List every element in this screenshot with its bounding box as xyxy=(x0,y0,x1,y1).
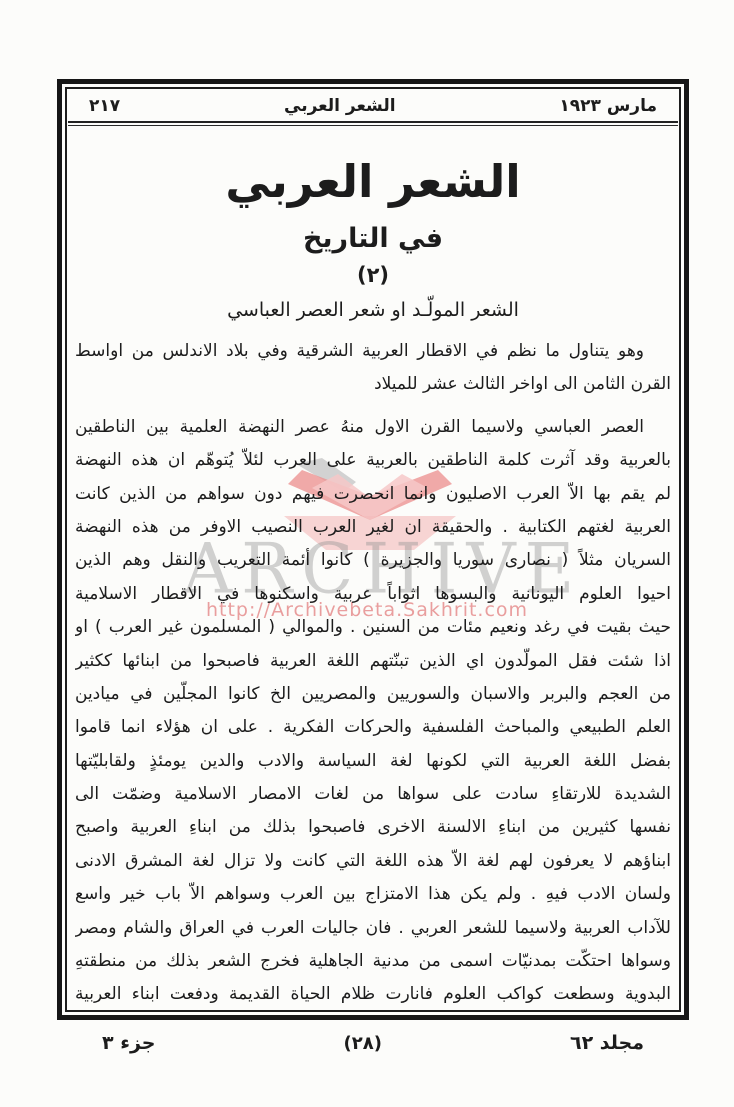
body-line: القرن الثامن الى اواخر الثالث عشر للميلا… xyxy=(75,368,671,401)
body-line: الشديدة للارتقاءِ سادت على سواها من لغات… xyxy=(75,778,671,811)
body-line: السريان مثلاً ( نصارى سوريا والجزيرة ) ك… xyxy=(75,544,671,577)
body-line: العربية لغتهم الكتابية . والحقيقة ان لغي… xyxy=(75,511,671,544)
body-line: للآداب العربية ولاسيما للشعر العربي . فا… xyxy=(75,912,671,945)
footer-volume: مجلد ٦٢ xyxy=(570,1032,644,1054)
paragraph-1: وهو يتناول ما نظم في الاقطار العربية الش… xyxy=(75,335,671,402)
paragraph-2: العصر العباسي ولاسيما القرن الاول منهُ ع… xyxy=(75,411,671,1012)
body-line: وهو يتناول ما نظم في الاقطار العربية الش… xyxy=(75,335,671,368)
article-part-number: (٢) xyxy=(67,261,679,289)
body-line: وسواها احتكّت بمدنيّات اسمى من مدنية الج… xyxy=(75,945,671,978)
page-frame: مارس ١٩٢٣ الشعر العربي ٢١٧ الشعر العربي … xyxy=(57,79,689,1020)
section-heading: الشعر المولّـد او شعر العصر العباسي xyxy=(67,297,679,324)
body-line: بالعربية وقد آثرت كلمة الناطقين بالعربية… xyxy=(75,444,671,477)
scanned-page: { "header": { "date": "مارس ١٩٢٣", "jour… xyxy=(0,0,734,1107)
body-line: من العجم والبربر والاسبان والسوريين والم… xyxy=(75,678,671,711)
body-line: ابناؤهم لا يعرفون لهم لغة الاّ هذه اللغة… xyxy=(75,845,671,878)
body-line: نفسها كثيرين من ابناءِ الالسنة الاخرى فا… xyxy=(75,811,671,844)
header-date: مارس ١٩٢٣ xyxy=(559,96,657,116)
body-line: العلم الطبيعي والمباحث الفلسفية والحركات… xyxy=(75,711,671,744)
header-journal-title: الشعر العربي xyxy=(284,96,396,116)
body-line: العصر العباسي ولاسيما القرن الاول منهُ ع… xyxy=(75,411,671,444)
footer-page-number: (٢٨) xyxy=(344,1033,382,1054)
header-rule xyxy=(68,121,678,126)
body-line: بفضل اللغة العربية التي لكونها لغة السيا… xyxy=(75,745,671,778)
article-body: وهو يتناول ما نظم في الاقطار العربية الش… xyxy=(67,335,679,1012)
body-line: حيث بقيت في رغد ونعيم مئات من السنين . و… xyxy=(75,611,671,644)
article-subtitle: في التاريخ xyxy=(67,221,679,257)
footer-part: جزء ٣ xyxy=(102,1032,155,1054)
page-footer: مجلد ٦٢ (٢٨) جزء ٣ xyxy=(57,1032,689,1054)
body-line: لم يقم بها الاّ العرب الاصليون وانما انح… xyxy=(75,478,671,511)
body-line: احيوا العلوم اليونانية والبسوها اثواباً … xyxy=(75,578,671,611)
body-line: اذا شئت فقل المولّدون اي الذين تبنّتهم ا… xyxy=(75,645,671,678)
header-page-number: ٢١٧ xyxy=(89,96,120,116)
page-frame-inner: مارس ١٩٢٣ الشعر العربي ٢١٧ الشعر العربي … xyxy=(65,87,681,1012)
article-title: الشعر العربي xyxy=(67,153,679,211)
body-line: البدوية وسطعت كواكب العلوم فانارت ظلام ا… xyxy=(75,978,671,1011)
page-header: مارس ١٩٢٣ الشعر العربي ٢١٧ xyxy=(67,89,679,121)
body-line: ولسان الادب فيهِ . ولم يكن هذا الامتزاج … xyxy=(75,878,671,911)
